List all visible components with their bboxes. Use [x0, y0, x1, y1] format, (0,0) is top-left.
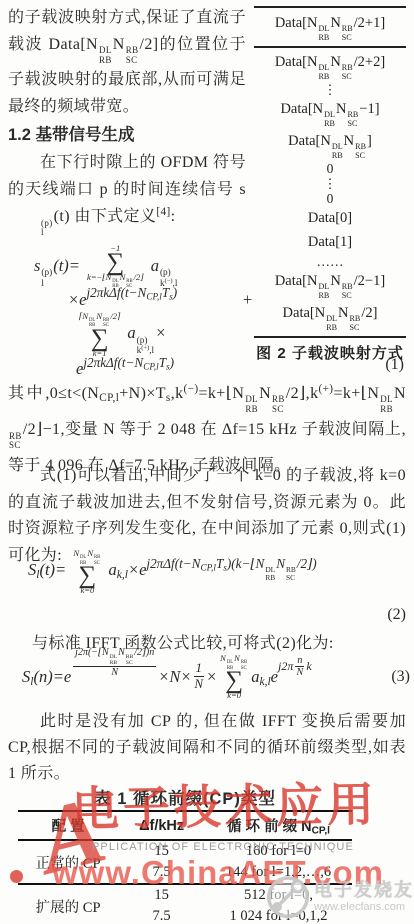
- table-cell-cp: 144 for l=1,2,…,6: [205, 862, 352, 884]
- eq1-term-2: a(p)k(+),l×: [127, 323, 166, 342]
- table-cell-cp: 512 for l=0,: [205, 884, 352, 906]
- equation-2: Sl(t)= NDLRBNRBSC ∑ k=0 ak,l×ej2πΔf(t−NC…: [28, 549, 408, 624]
- figure-row: 0: [254, 191, 406, 206]
- left-text-column: 的子载波映射方式,保证了直流子载波 Data[NDLRBNRBSC/2]的位置位…: [8, 4, 246, 379]
- paragraph-2: 在下行时隙上的 OFDM 符号的天线端口 p 的时间连续信号 s(p)l(t) …: [8, 149, 246, 238]
- eq1-times-e: ×e: [68, 290, 86, 309]
- table-cell-df: 7.5: [118, 906, 205, 924]
- figure-row: Data[NDLRBNRBSC−1]: [254, 97, 406, 129]
- table-1: 配 置 Δf/kHz 循 环 前 缀 NCP,l 正常的 CP 15 160 f…: [18, 810, 352, 924]
- paragraph-5: 与标准 IFFT 函数公式比较,可将式(2)化为:: [8, 630, 406, 657]
- eq3-exponent-2: j2πnNk: [278, 655, 312, 679]
- equation-2-number: (2): [28, 606, 406, 624]
- figure-row: ……: [254, 254, 406, 269]
- paper-page: { "sym": { "sum": "∑" }, "para1": "的子载波映…: [0, 0, 414, 924]
- table-cell-config-normal-cp: 正常的 CP: [18, 840, 118, 884]
- equation-1: s(p)l(t)= −1 ∑ k=−⌊NDLRBNRBSC/2⌋ a(p)k(−…: [8, 244, 246, 379]
- figure-2-caption: 图 2 子载波映射方式: [254, 343, 406, 365]
- figure-row: ⋮: [254, 82, 406, 97]
- figure-row: ⋮: [254, 176, 406, 191]
- table-cell-cp: 160 for l=0: [205, 840, 352, 862]
- figure-row: Data[NDLRBNRBSC/2+1]: [254, 6, 406, 48]
- table-header-df: Δf/kHz: [118, 811, 205, 840]
- eq3-summation: NDLRBNRBSC ∑ k=0: [220, 654, 248, 699]
- section-heading-1-2: 1.2 基带信号生成: [8, 123, 246, 147]
- paragraph-6: 此时是没有加 CP 的, 但在做 IFFT 变换后需要加 CP,根据不同的子载波…: [8, 709, 406, 787]
- table-header-cp: 循 环 前 缀 NCP,l: [205, 811, 352, 840]
- paragraph-1: 的子载波映射方式,保证了直流子载波 Data[NDLRBNRBSC/2]的位置位…: [8, 4, 246, 120]
- figure-row: Data[0]: [254, 206, 406, 230]
- eq1-summation-1: −1 ∑ k=−⌊NDLRBNRBSC/2⌋: [87, 244, 144, 289]
- figure-row: 0: [254, 161, 406, 176]
- eq1-exponent-2: j2πkΔf(t−NCP,lTs): [83, 355, 174, 370]
- figure-row: Data[NDLRBNRBSC]: [254, 129, 406, 161]
- eq2-summation: NDLRBNRBSC ∑ k=0: [73, 549, 101, 594]
- eq1-lhs: s(p)l(t)=: [34, 256, 80, 275]
- table-cell-cp: 1 024 for l=0,1,2: [205, 906, 352, 924]
- eq2-lhs: Sl(t)=: [28, 560, 66, 579]
- equation-3: Sl(n)=ej2π(−⌊NDLRBNRBSC/2⌋)nN ×N× 1N × N…: [22, 654, 410, 699]
- eq2-exponent: j2πΔf(t−NCP,lTs)(k−⌊NDLRBNRBSC/2⌋): [146, 556, 316, 571]
- table-header-config: 配 置: [18, 811, 118, 840]
- eq3-lhs: Sl(n)=e: [22, 667, 71, 687]
- eq3-exponent-fraction: j2π(−⌊NDLRBNRBSC/2⌋)nN: [73, 647, 156, 679]
- figure-row: Data[NDLRBNRBSC/2+2]: [254, 50, 406, 82]
- table-cell-df: 7.5: [118, 862, 205, 884]
- table-1-title: 表 1 循环前缀(CP)类型: [18, 785, 352, 809]
- figure-2: Data[NDLRBNRBSC/2+1] Data[NDLRBNRBSC/2+2…: [254, 6, 406, 365]
- figure-row: Data[NDLRBNRBSC/2−1]: [254, 269, 406, 301]
- table-row: 扩展的 CP 15 512 for l=0,: [18, 884, 352, 906]
- eq1-exponent-1: j2πkΔf(t−NCP,lTs): [86, 285, 177, 300]
- eq1-plus: +: [242, 290, 253, 310]
- sigma-symbol: ∑: [91, 329, 109, 349]
- figure-row: Data[NDLRBNRBSC/2]: [254, 301, 406, 338]
- sigma-symbol: ∑: [225, 671, 243, 691]
- eq2-term: ak,l×e: [108, 560, 146, 579]
- equation-3-number: (3): [391, 668, 410, 686]
- sigma-symbol: ∑: [78, 566, 96, 586]
- sigma-symbol: ∑: [106, 253, 124, 273]
- eq1-summation-2: ⌈NDLRBNRBSC/2⌉ ∑ k=1: [79, 312, 120, 357]
- table-row: 正常的 CP 15 160 for l=0: [18, 840, 352, 862]
- eq3-term: ak,le: [251, 667, 278, 687]
- figure-row: Data[1]: [254, 230, 406, 254]
- eq1-term-1: a(p)k(−),l: [151, 256, 179, 275]
- eq3-times: ×: [206, 667, 217, 687]
- table-cell-config-extended-cp: 扩展的 CP: [18, 884, 118, 924]
- top-two-column-section: 的子载波映射方式,保证了直流子载波 Data[NDLRBNRBSC/2]的位置位…: [8, 4, 406, 378]
- eq3-mid: ×N×: [158, 667, 191, 687]
- table-cell-df: 15: [118, 840, 205, 862]
- table-cell-df: 15: [118, 884, 205, 906]
- table-header-row: 配 置 Δf/kHz 循 环 前 缀 NCP,l: [18, 811, 352, 840]
- eq3-one-over-n: 1N: [194, 661, 205, 692]
- equation-1-number: (1): [385, 356, 404, 374]
